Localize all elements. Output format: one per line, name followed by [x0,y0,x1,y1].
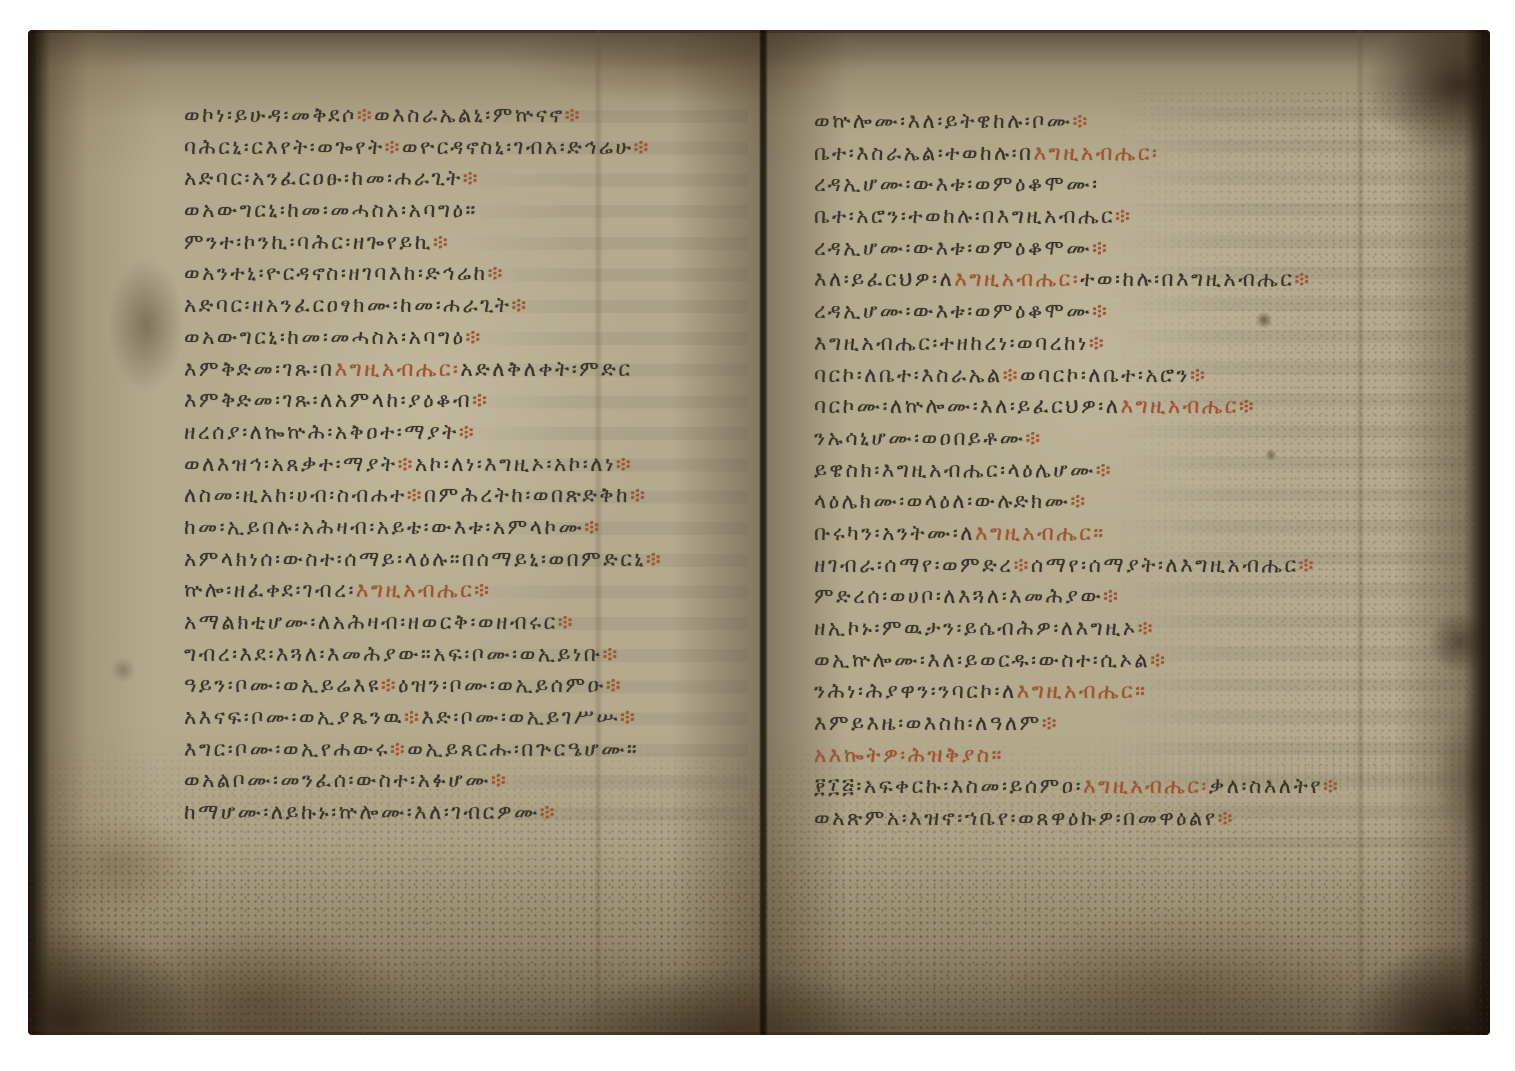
text-line: ኵሎ፡ዘፈቀደ፡ገብረ፡እግዚአብሔር፨ [184,575,663,607]
rubric-text: ፨ [620,705,637,729]
ink-text: ዕዝን፡ቦሙ፡ወኢይሰምዑ [398,673,606,697]
ink-text: ወአንተኒ፡ዮርዳኖስ፡ዘገባእከ፡ድኅሬከ [184,261,488,285]
scanned-manuscript: ወኮነ፡ይሁዳ፡መቅደሶ፨ወእስራኤልኒ፡ምኵናኖ፨ባሕርኒ፡ርእየት፡ወጐየት… [0,0,1515,1071]
rubric-text: ፨ [1096,458,1113,482]
text-line: ይዌስክ፡እግዚአብሔር፡ላዕሌሆሙ፨ [814,455,1340,487]
text-line: አምላክነሰ፡ውስተ፡ሰማይ፡ላዕሉ።በሰማይኒ፡ወበምድርኒ፨ [184,544,663,576]
text-line: ረዳኢሆሙ፡ውእቱ፡ወምዕቆሞሙ፡ [814,169,1340,201]
ink-text: ላዕሌክሙ፡ወላዕለ፡ውሉድክሙ [814,489,1070,513]
ink-text: እለ፡ይፈርህዎ፡ለ [814,267,954,291]
rubric-text: ፨ [390,737,407,761]
rubric-text: ፨ [1070,489,1087,513]
ink-text: ሰማየ፡ሰማያት፡ለእግዚአብሔር [1031,553,1299,577]
rubric-text: እግዚአብሔር፡ [335,357,461,381]
text-line: እለ፡ይፈርህዎ፡ለእግዚአብሔር፡ተወ፡ከሉ፡በእግዚአብሔር፨ [814,264,1340,296]
ink-text: አማልክቲሆሙ፡ለአሕዛብ፡ዘወርቅ፡ወዘብሩር [184,610,558,634]
ink-text: ኵሎ፡ዘፈቀደ፡ገብረ፡ [184,578,356,602]
ink-text: ቃለ፡ስእለትየ [1209,774,1323,798]
ink-text: ወአውግርኒ፡ከመ፡መሓስአ፡አባግዕ [184,198,465,222]
ink-text: ረዳኢሆሙ፡ውእቱ፡ወምዕቆሞሙ [814,236,1092,260]
rubric-text: እግዚአብሔር። [975,521,1106,545]
ink-text: እድ፡ቦሙ፡ወኢይገሥሡ [421,705,620,729]
ink-text: ከማሆሙ፡ለይኩኑ፡ኵሎሙ፡እለ፡ገብርዎሙ [184,800,540,824]
rubric-text: ፨ [558,610,575,634]
rubric-text: ፨ [1294,267,1311,291]
text-line: ለስመ፡ዚአከ፡ሀብ፡ስብሐተ፨በምሕረትከ፡ወበጽድቅከ፨ [184,480,663,512]
rubric-text: ፨ [398,452,415,476]
ink-text: ምድረሰ፡ወሀቦ፡ለእጓለ፡እመሕያው [814,584,1103,608]
text-line: ቡሩካን፡አንትሙ፡ለእግዚአብሔር። [814,518,1340,550]
rubric-text: ፨ [646,547,663,571]
ink-text: ረዳኢሆሙ፡ውእቱ፡ወምዕቆሞሙ [814,299,1092,323]
text-line: ግብረ፡እደ፡እጓለ፡እመሕያው።አፍ፡ቦሙ፡ወኢይነቡ፨ [184,639,663,671]
ink-text: ወለእዝኅ፡አጸቃተ፡ማያት [184,452,398,476]
ink-text: ። [465,198,477,222]
rubric-text: ፨ [472,388,489,412]
rubric-text: ፨ [385,135,402,159]
rubric-text: ፨ [1092,236,1109,260]
rubric-text: ፨ [381,673,398,697]
rubric-text: ፨ [1115,204,1132,228]
ink-text: ንሕነ፡ሕያዋን፡ንባርኮ፡ለ [814,679,1017,703]
ink-text: ወኢኵሎሙ፡እለ፡ይወርዱ፡ውስተ፡ሲኦል [814,648,1150,672]
ink-text: ። [450,547,462,571]
ink-text: ይዌስክ፡እግዚአብሔር፡ላዕሌሆሙ [814,458,1096,482]
ink-text: እምቅድመ፡ገጹ፡በ [184,357,335,381]
rubric-text: ፨ [488,261,505,285]
rubric-text: ፨ [511,293,528,317]
rubric-text: ፨ [465,325,482,349]
text-line: ወአልቦሙ፡መንፈሰ፡ውስተ፡አፉሆሙ፨ [184,765,663,797]
text-line: አድባር፡ዘአንፈርዐፃክሙ፡ከመ፡ሐራጊት፨ [184,290,663,322]
ink-text: ምንተ፡ኮንኪ፡ባሕር፡ዘጐየይኪ [184,230,433,254]
ink-text: ፻፲፭፡አፍቀርኩ፡እስመ፡ይሰምዐ፡ [814,774,1083,798]
rubric-text: እግዚአብሔር፡ [1083,774,1209,798]
ink-text: እግር፡ቦሙ፡ወኢየሐውሩ [184,737,390,761]
text-line: እምይእዜ፡ወእስከ፡ለዓለም፨ [814,708,1340,740]
ink-text: አፍ፡ቦሙ፡ወኢይነቡ [433,642,602,666]
ink-text: ረዳኢሆሙ፡ውእቱ፡ወምዕቆሞሙ፡ [814,172,1100,196]
ink-text: እምይእዜ፡ወእስከ፡ለዓለም [814,711,1042,735]
text-line: ባርኮ፡ለቤተ፡እስራኤል፨ወባርኮ፡ለቤተ፡አሮን፨ [814,360,1340,392]
rubric-text: እግዚአብሔር፨ [1121,394,1257,418]
rubric-text: ፨ [606,673,623,697]
text-line: ወአጽምአ፡እዝኖ፡ኀቤየ፡ወጸዋዕኩዎ፡በመዋዕልየ፨ [814,803,1340,835]
text-line: እምቅድመ፡ገጹ፡በእግዚአብሔር፡አድለቅለቀት፡ምድር [184,354,663,386]
ink-text: ግብረ፡እደ፡እጓለ፡እመሕያው [184,642,421,666]
text-line: ዓይን፡ቦሙ፡ወኢይሬእዩ፨ዕዝን፡ቦሙ፡ወኢይሰምዑ፨ [184,670,663,702]
ink-text: ወአውግርኒ፡ከመ፡መሓስአ፡አባግዕ [184,325,465,349]
ink-text: ዘገብራ፡ሰማየ፡ወምድረ [814,553,1014,577]
text-line: ላዕሌክሙ፡ወላዕለ፡ውሉድክሙ፨ [814,486,1340,518]
rubric-text: ፨ [404,705,421,729]
rubric-text: ፨ [1138,616,1155,640]
text-line: ምድረሰ፡ወሀቦ፡ለእጓለ፡እመሕያው፨ [814,581,1340,613]
text-line: ወአውግርኒ፡ከመ፡መሓስአ፡አባግዕ። [184,195,663,227]
rubric-text: ፨ [584,515,601,539]
ink-text: ቡሩካን፡አንትሙ፡ለ [814,521,975,545]
ink-text: አድባር፡አንፈርዐፁ፡ከመ፡ሐራጊት [184,166,463,190]
ink-text: በምሕረትከ፡ወበጽድቅከ [424,483,630,507]
text-line: ቤተ፡እስራኤል፡ተወከሉ፡በእግዚአብሔር፡ [814,138,1340,170]
rubric-text: ፨ [1103,584,1120,608]
text-line: እግዚአብሔር፡ተዘከረነ፡ወባረከነ፨ [814,328,1340,360]
ink-text: ከመ፡ኢይበሉ፡አሕዛብ፡አይቴ፡ውእቱ፡አምላኮሙ [184,515,584,539]
rubric-text: ፨ [1218,806,1235,830]
ink-text: ። [627,737,639,761]
text-line: ወኮነ፡ይሁዳ፡መቅደሶ፨ወእስራኤልኒ፡ምኵናኖ፨ [184,100,663,132]
rubric-text: ፨ [616,452,633,476]
rubric-text: ፨ [463,166,480,190]
ink-text: እግዚአብሔር፡ተዘከረነ፡ወባረከነ [814,331,1089,355]
rubric-text: ፨ [357,103,374,127]
text-line: ረዳኢሆሙ፡ውእቱ፡ወምዕቆሞሙ፨ [814,296,1340,328]
rubric-text: ፨ [1323,774,1340,798]
rubric-text: ፨ [630,483,647,507]
ink-text: ወኵሎሙ፡እለ፡ይትዌከሉ፡ቦሙ [814,109,1072,133]
rubric-text: ፨ [407,483,424,507]
text-line: ከማሆሙ፡ለይኩኑ፡ኵሎሙ፡እለ፡ገብርዎሙ፨ [184,797,663,829]
text-line: ፻፲፭፡አፍቀርኩ፡እስመ፡ይሰምዐ፡እግዚአብሔር፡ቃለ፡ስእለትየ፨ [814,771,1340,803]
ink-text: ወኮነ፡ይሁዳ፡መቅደሶ [184,103,357,127]
rubric-text: ፨ [1003,363,1020,387]
rubric-text: ፨ [1042,711,1059,735]
rubric-text: ፨ [565,103,582,127]
text-line: አእኰትዎ፡ሕዝቅያስ። [814,740,1340,772]
ink-text: ለስመ፡ዚአከ፡ሀብ፡ስብሐተ [184,483,407,507]
ink-text: ወአጽምአ፡እዝኖ፡ኀቤየ፡ወጸዋዕኩዎ፡በመዋዕልየ [814,806,1218,830]
ink-text: ። [421,642,433,666]
ink-text: በሰማይኒ፡ወበምድርኒ [462,547,646,571]
text-line: ረዳኢሆሙ፡ውእቱ፡ወምዕቆሞሙ፨ [814,233,1340,265]
rubric-text: ፨ [540,800,557,824]
text-line: ዘገብራ፡ሰማየ፡ወምድረ፨ሰማየ፡ሰማያት፡ለእግዚአብሔር፨ [814,550,1340,582]
text-line: እምቅድመ፡ገጹ፡ለአምላከ፡ያዕቆብ፨ [184,385,663,417]
rubric-text: እግዚአብሔር፡ [954,267,1080,291]
ink-text: ንኡሳኒሆሙ፡ወዐበይቶሙ [814,426,1025,450]
ink-text: ወአልቦሙ፡መንፈሰ፡ውስተ፡አፉሆሙ [184,768,491,792]
ink-text: አድባር፡ዘአንፈርዐፃክሙ፡ከመ፡ሐራጊት [184,293,511,317]
text-line: ወአንተኒ፡ዮርዳኖስ፡ዘገባእከ፡ድኅሬከ፨ [184,258,663,290]
text-line: ዘረሰያ፡ለኰኵሕ፡አቅዐተ፡ማያት፨ [184,417,663,449]
ink-text: ባርኮሙ፡ለኵሎሙ፡እለ፡ይፈርህዎ፡ለ [814,394,1121,418]
rubric-text: እግዚአብሔር። [1017,679,1148,703]
rubric-text: ፨ [1072,109,1089,133]
ink-text: አኮ፡ለነ፡እግዚኦ፡አኮ፡ለነ [415,452,616,476]
ink-text: እምቅድመ፡ገጹ፡ለአምላከ፡ያዕቆብ [184,388,472,412]
text-line: ወኢኵሎሙ፡እለ፡ይወርዱ፡ውስተ፡ሲኦል፨ [814,645,1340,677]
rubric-text: ፨ [602,642,619,666]
page-right-text: ወኵሎሙ፡እለ፡ይትዌከሉ፡ቦሙ፨ቤተ፡እስራኤል፡ተወከሉ፡በእግዚአብሔር፡… [814,106,1340,835]
text-line: እግር፡ቦሙ፡ወኢየሐውሩ፨ወኢይጸርሑ፡በጕርዔሆሙ። [184,734,663,766]
rubric-text: ፨ [1014,553,1031,577]
text-line: አማልክቲሆሙ፡ለአሕዛብ፡ዘወርቅ፡ወዘብሩር፨ [184,607,663,639]
text-line: ወአውግርኒ፡ከመ፡መሓስአ፡አባግዕ፨ [184,322,663,354]
rubric-text: ፨ [1089,331,1106,355]
manuscript-photo: ወኮነ፡ይሁዳ፡መቅደሶ፨ወእስራኤልኒ፡ምኵናኖ፨ባሕርኒ፡ርእየት፡ወጐየት… [28,30,1490,1035]
ink-text: ባርኮ፡ለቤተ፡እስራኤል [814,363,1003,387]
ink-text: አምላክነሰ፡ውስተ፡ሰማይ፡ላዕሉ [184,547,450,571]
rubric-text: እግዚአብሔር፨ [356,578,492,602]
rubric-text: ፨ [433,230,450,254]
ink-text: ወኢይጸርሑ፡በጕርዔሆሙ [407,737,627,761]
text-line: ዘኢኮኑ፡ምዉታን፡ይሴብሕዎ፡ለእግዚኦ፨ [814,613,1340,645]
text-line: አድባር፡አንፈርዐፁ፡ከመ፡ሐራጊት፨ [184,163,663,195]
rubric-text: ፨ [491,768,508,792]
ink-text: አድለቅለቀት፡ምድር [460,357,632,381]
ink-text: ባሕርኒ፡ርእየት፡ወጐየት [184,135,385,159]
ink-text: ዘኢኮኑ፡ምዉታን፡ይሴብሕዎ፡ለእግዚኦ [814,616,1138,640]
text-line: ምንተ፡ኮንኪ፡ባሕር፡ዘጐየይኪ፨ [184,227,663,259]
rubric-text: ፨ [633,135,650,159]
ink-text: ተወ፡ከሉ፡በእግዚአብሔር [1080,267,1294,291]
rubric-text: ፨ [1190,363,1207,387]
text-line: አእናፍ፡ቦሙ፡ወኢያጼንዉ፨እድ፡ቦሙ፡ወኢይገሥሡ፨ [184,702,663,734]
rubric-text: ፨ [1025,426,1042,450]
ink-text: ወዮርዳኖስኒ፡ገብአ፡ድኅሬሁ [402,135,634,159]
text-line: ባርኮሙ፡ለኵሎሙ፡እለ፡ይፈርህዎ፡ለእግዚአብሔር፨ [814,391,1340,423]
ink-text: ዓይን፡ቦሙ፡ወኢይሬእዩ [184,673,381,697]
rubric-text: እግዚአብሔር፡ [1034,141,1160,165]
ink-text: ወባርኮ፡ለቤተ፡አሮን [1020,363,1190,387]
rubric-text: ፨ [1092,299,1109,323]
ink-text: ዘረሰያ፡ለኰኵሕ፡አቅዐተ፡ማያት [184,420,459,444]
text-line: ቤተ፡አሮን፡ተወከሉ፡በእግዚአብሔር፨ [814,201,1340,233]
text-line: ንኡሳኒሆሙ፡ወዐበይቶሙ፨ [814,423,1340,455]
ink-text: ወእስራኤልኒ፡ምኵናኖ [374,103,565,127]
rubric-text: ፨ [1299,553,1316,577]
text-line: ወለእዝኅ፡አጸቃተ፡ማያት፨አኮ፡ለነ፡እግዚኦ፡አኮ፡ለነ፨ [184,449,663,481]
text-line: ከመ፡ኢይበሉ፡አሕዛብ፡አይቴ፡ውእቱ፡አምላኮሙ፨ [184,512,663,544]
text-line: ባሕርኒ፡ርእየት፡ወጐየት፨ወዮርዳኖስኒ፡ገብአ፡ድኅሬሁ፨ [184,132,663,164]
ink-text: ቤተ፡አሮን፡ተወከሉ፡በእግዚአብሔር [814,204,1115,228]
text-line: ንሕነ፡ሕያዋን፡ንባርኮ፡ለእግዚአብሔር። [814,676,1340,708]
page-left-text: ወኮነ፡ይሁዳ፡መቅደሶ፨ወእስራኤልኒ፡ምኵናኖ፨ባሕርኒ፡ርእየት፡ወጐየት… [184,100,663,829]
ink-text: አእናፍ፡ቦሙ፡ወኢያጼንዉ [184,705,404,729]
rubric-text: አእኰትዎ፡ሕዝቅያስ። [814,743,1004,767]
ink-text: ቤተ፡እስራኤል፡ተወከሉ፡በ [814,141,1034,165]
rubric-text: ፨ [1150,648,1167,672]
rubric-text: ፨ [459,420,476,444]
text-line: ወኵሎሙ፡እለ፡ይትዌከሉ፡ቦሙ፨ [814,106,1340,138]
